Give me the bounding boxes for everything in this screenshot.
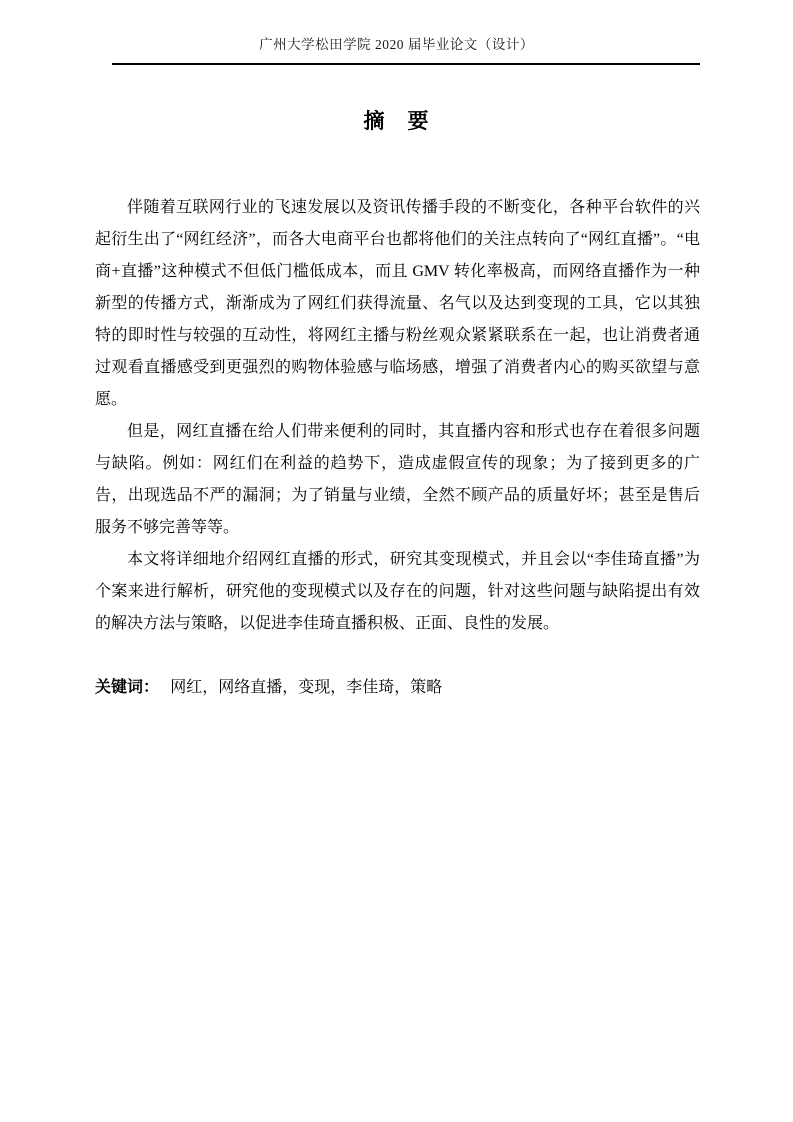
abstract-paragraph: 但是，网红直播在给人们带来便利的同时，其直播内容和形式也存在着很多问题与缺陷。例… (95, 416, 700, 544)
keywords-line: 关键词：网红，网络直播，变现，李佳琦，策略 (95, 672, 700, 704)
abstract-paragraph: 本文将详细地介绍网红直播的形式，研究其变现模式，并且会以“李佳琦直播”为个案来进… (95, 544, 700, 640)
abstract-body: 伴随着互联网行业的飞速发展以及资讯传播手段的不断变化，各种平台软件的兴起衍生出了… (95, 192, 700, 640)
keywords-label: 关键词： (95, 679, 159, 696)
thesis-abstract-page: 广州大学松田学院 2020 届毕业论文（设计） 摘 要 伴随着互联网行业的飞速发… (0, 0, 793, 1122)
page-header: 广州大学松田学院 2020 届毕业论文（设计） (0, 0, 793, 54)
keywords-text: 网红，网络直播，变现，李佳琦，策略 (170, 679, 442, 696)
header-rule (112, 63, 700, 65)
page-title: 摘 要 (0, 107, 793, 135)
abstract-paragraph: 伴随着互联网行业的飞速发展以及资讯传播手段的不断变化，各种平台软件的兴起衍生出了… (95, 192, 700, 416)
